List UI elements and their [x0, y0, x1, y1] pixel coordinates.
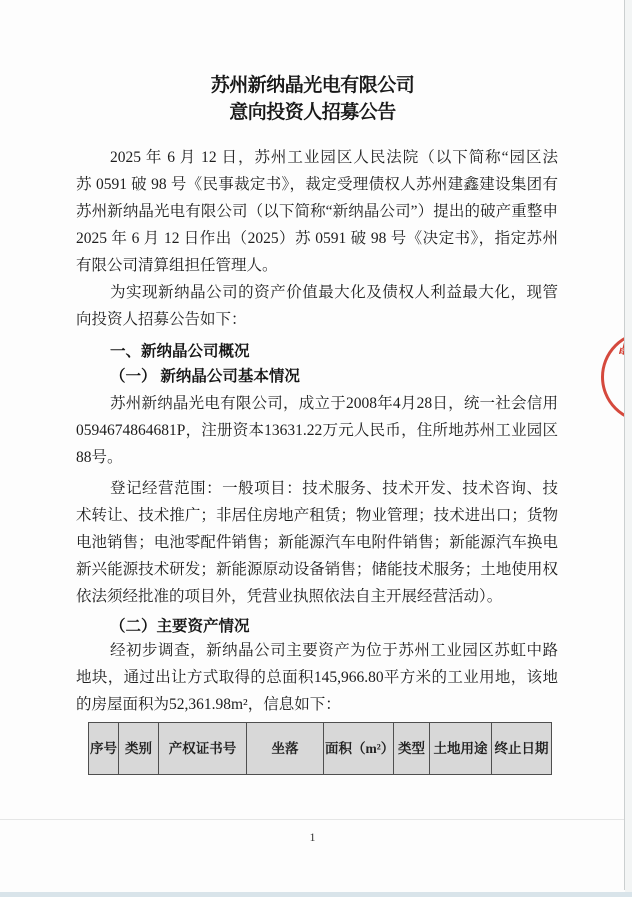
text-line: 0594674864681P，注册资本13631.22万元人民币，住所地苏州工业… — [76, 417, 558, 444]
text-line: 登记经营范围：一般项目：技术服务、技术开发、技术咨询、技术交流、技 — [76, 475, 558, 502]
paragraph-business-scope: 登记经营范围：一般项目：技术服务、技术开发、技术咨询、技术交流、技术转让、技术推… — [76, 475, 558, 610]
subsection-heading-main-assets: （二）主要资产情况 — [110, 613, 250, 640]
section-heading-company-overview: 一、新纳晶公司概况 — [110, 338, 250, 365]
paragraph-court-ruling: 2025 年 6 月 12 日，苏州工业园区人民法院（以下简称“园区法院”）作出… — [76, 144, 558, 279]
text-line: 电池销售；电池零配件销售；新能源汽车电附件销售；新能源汽车换电设施销售； — [76, 529, 558, 556]
text-line: 为实现新纳晶公司的资产价值最大化及债权人利益最大化，现管理人发布意 — [76, 279, 558, 306]
asset-table-column-header: 类型 — [394, 723, 430, 775]
page-number: 1 — [0, 830, 625, 845]
asset-table-header-row: 序号类别产权证书号坐落面积（m²）类型土地用途终止日期 — [89, 723, 552, 775]
asset-table-column-header: 坐落 — [247, 723, 324, 775]
text-line: 2025 年 6 月 12 日作出（2025）苏 0591 破 98 号《决定书… — [76, 225, 558, 252]
asset-table-column-header: 序号 — [89, 723, 119, 775]
text-line: 苏州新纳晶光电有限公司（以下简称“新纳晶公司”）提出的破产重整申请，并于 — [76, 198, 558, 225]
text-line: 2025 年 6 月 12 日，苏州工业园区人民法院（以下简称“园区法院”）作出… — [76, 144, 558, 171]
text-line: 依法须经批准的项目外，凭营业执照依法自主开展经营活动）。 — [76, 583, 558, 610]
text-line: 新兴能源技术研发；新能源原动设备销售；储能技术服务；土地使用权租赁（除 — [76, 556, 558, 583]
paragraph-company-basic-info: 苏州新纳晶光电有限公司，成立于2008年4月28日，统一社会信用代码：91320… — [76, 390, 558, 471]
page-title: 苏州新纳晶光电有限公司 意向投资人招募公告 — [0, 72, 625, 126]
paragraph-main-assets: 经初步调查，新纳晶公司主要资产为位于苏州工业园区苏虹中路北81011号地块，通过… — [76, 637, 558, 718]
asset-table: 序号类别产权证书号坐落面积（m²）类型土地用途终止日期 — [88, 722, 552, 775]
text-line: 向投资人招募公告如下： — [76, 306, 558, 333]
text-line: 经初步调查，新纳晶公司主要资产为位于苏州工业园区苏虹中路北81011号 — [76, 637, 558, 664]
document-page: 苏州新纳晶光电有限公司 意向投资人招募公告 2025 年 6 月 12 日，苏州… — [0, 0, 625, 897]
asset-table-column-header: 终止日期 — [492, 723, 552, 775]
text-line: 苏 0591 破 98 号《民事裁定书》，裁定受理债权人苏州建鑫建设集团有限公司… — [76, 171, 558, 198]
text-line: 有限公司清算组担任管理人。 — [76, 252, 558, 279]
asset-table-column-header: 土地用途 — [430, 723, 492, 775]
paragraph-announcement-intro: 为实现新纳晶公司的资产价值最大化及债权人利益最大化，现管理人发布意向投资人招募公… — [76, 279, 558, 333]
text-line: 地块，通过出让方式取得的总面积145,966.80平方米的工业用地，该地块上登记 — [76, 664, 558, 691]
asset-table-column-header: 类别 — [119, 723, 159, 775]
text-line: 的房屋面积为52,361.98m²，信息如下： — [76, 691, 558, 718]
scan-margin-right — [625, 0, 632, 897]
asset-table-column-header: 面积（m²） — [324, 723, 394, 775]
subsection-heading-basic-info: （一） 新纳晶公司基本情况 — [110, 363, 300, 390]
title-line-2: 意向投资人招募公告 — [0, 99, 625, 126]
text-line: 术转让、技术推广；非居住房地产租赁；物业管理；技术进出口；货物进出口； — [76, 502, 558, 529]
text-line: 苏州新纳晶光电有限公司，成立于2008年4月28日，统一社会信用代码：9132 — [76, 390, 558, 417]
title-line-1: 苏州新纳晶光电有限公司 — [0, 72, 625, 99]
text-line: 88号。 — [76, 444, 558, 471]
asset-table-column-header: 产权证书号 — [159, 723, 247, 775]
scan-margin-bottom — [0, 892, 632, 897]
scan-fold-line — [0, 819, 625, 820]
